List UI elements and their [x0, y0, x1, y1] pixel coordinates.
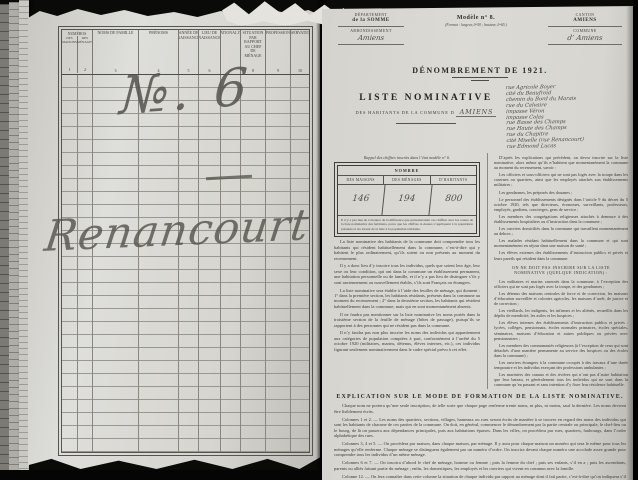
exclude-item: Les membres des communautés religieuses … — [494, 343, 628, 358]
include-item: Les membres des congrégations religieuse… — [494, 214, 628, 224]
instruction-paragraph: Il y a donc lieu d’y inscrire tous les i… — [334, 263, 480, 285]
rappel-value-habitants: 800 — [428, 185, 477, 215]
title-underline-small — [471, 80, 489, 81]
exclude-item: Les mariniers des canaux et des rivières… — [494, 372, 628, 387]
left-paragraphs: La liste nominative des habitants de la … — [332, 239, 482, 352]
canton-value: AMIENS — [542, 18, 628, 24]
explication-paragraphs: Chaque nom ne portera qu’une seule inscr… — [332, 403, 628, 480]
include-item: Les malades résidant habituellement dans… — [494, 238, 628, 248]
photo-background-bottom — [0, 470, 322, 480]
exclude-item: Les militaires et marins casernés dans l… — [494, 279, 628, 289]
rappel-nombre-header: NOMBRE — [338, 166, 476, 176]
rappel-table: NOMBRE DES MAISONS DES MÉNAGES D’HABITAN… — [334, 162, 480, 237]
liste-nominative-block: LISTE NOMINATIVE DES HABITANTS DE LA COM… — [332, 85, 506, 150]
exclude-list: Les militaires et marins casernés dans l… — [494, 279, 628, 388]
table-body-grid — [62, 75, 309, 452]
include-item: Les élèves externes des établissements d… — [494, 250, 628, 260]
header-col-profession: PROFESSION 9 — [265, 30, 290, 74]
handwritten-folio-number: №. 6 — [118, 57, 253, 127]
page-title: DÉNOMBREMENT DE 1921. — [332, 66, 628, 75]
commune-value-handwritten: d’ Amiens — [541, 34, 628, 42]
body-col — [62, 75, 77, 452]
rule — [338, 44, 404, 45]
header-group-numeros: NUMÉROS des maisons 1 des ménages 2 — [62, 30, 92, 74]
header-canton-block: CANTON AMIENS COMMUNE d’ Amiens — [542, 13, 628, 47]
rappel-col-habitants: D’HABITANTS — [430, 176, 476, 184]
body-col — [138, 75, 178, 452]
exclude-item: Les vieillards, les indigents, les infir… — [494, 308, 628, 318]
explication-paragraph: Colonnes 6 et 7. — On inscrira d’abord l… — [334, 460, 626, 471]
page-edge-strip — [9, 2, 19, 476]
format-note: (Format : largeur, 0ᵐ50 ; hauteur, 0ᵐ65.… — [410, 23, 542, 27]
instruction-paragraph: Il n’y faudra pas non plus inscrire les … — [334, 330, 480, 352]
header-col-maisons: des maisons 1 — [62, 36, 77, 73]
body-col — [240, 75, 265, 452]
exclude-item: Les détenus des maisons centrales de for… — [494, 291, 628, 306]
rappel-col-menages: DES MÉNAGES — [383, 176, 429, 184]
rule — [548, 44, 622, 45]
instructions-left-column: Rappel des chiffres inscrits dans l’état… — [332, 153, 482, 389]
rappel-caption: Rappel des chiffres inscrits dans l’état… — [336, 155, 478, 160]
page-edge-strip — [0, 4, 9, 474]
exclude-item: Les ouvriers étrangers à la commune occu… — [494, 360, 628, 370]
include-item: Le personnel des établissements désignés… — [494, 197, 628, 212]
rappel-value-maisons: 146 — [336, 185, 384, 215]
explication-paragraph: Chaque nom ne portera qu’une seule inscr… — [334, 403, 626, 414]
include-item: Les ouvriers domiciliés dans la commune … — [494, 226, 628, 236]
liste-nominative-title: LISTE NOMINATIVE — [346, 93, 506, 103]
header-model-block: Modèle n° 8. (Format : largeur, 0ᵐ50 ; h… — [410, 13, 542, 27]
underlying-page-edges — [0, 0, 30, 480]
explication-heading: EXPLICATION SUR LE MODE DE FORMATION DE … — [332, 394, 628, 400]
rappel-col-maisons: DES MAISONS — [338, 176, 383, 184]
rappel-value-menages: 194 — [382, 185, 431, 215]
handwritten-street-list: rue Agricole Boyercité du Beaufroidchemi… — [505, 84, 628, 151]
exclude-heading: On ne doit pas inscrire sur la liste nom… — [496, 265, 626, 275]
instructions-right-column: D’après les explications qui précèdent, … — [487, 153, 628, 389]
right-intro-paragraph: D’après les explications qui précèdent, … — [494, 155, 628, 170]
body-col — [77, 75, 92, 452]
body-col — [178, 75, 198, 452]
left-page: NUMÉROS des maisons 1 des ménages 2 — [28, 6, 320, 469]
page-edge-strip — [19, 0, 29, 478]
departement-value: de la SOMME — [332, 18, 410, 24]
include-list: Les officiers et sous-officiers qui ne s… — [494, 172, 628, 260]
body-col — [92, 75, 138, 452]
scanned-census-photo: NUMÉROS des maisons 1 des ménages 2 — [0, 0, 638, 480]
instruction-paragraph: Il ne faudra pas mentionner sur la liste… — [334, 312, 480, 328]
explication-paragraph: Colonne 12. — On fera connaître dans cet… — [334, 474, 626, 480]
commune-fill-handwritten: Amiens — [456, 108, 496, 117]
title-underline — [452, 77, 508, 78]
photo-background-edge — [633, 0, 638, 480]
right-page: DÉPARTEMENT de la SOMME ARRONDISSEMENT A… — [322, 6, 638, 480]
arrondissement-value-handwritten: Amiens — [331, 34, 410, 42]
instruction-paragraph: La liste nominative des habitants de la … — [334, 239, 480, 261]
body-col — [198, 75, 220, 452]
include-item: Les officiers et sous-officiers qui ne s… — [494, 172, 628, 187]
explication-section: EXPLICATION SUR LE MODE DE FORMATION DE … — [332, 394, 628, 480]
exclude-item: Les élèves internes des établissements d… — [494, 320, 628, 340]
liste-nominative-subtitle: DES HABITANTS DE LA COMMUNE D Amiens — [346, 108, 506, 117]
body-col — [290, 75, 309, 452]
explication-paragraph: Colonnes 3, 4 et 5. — On procédera par m… — [334, 441, 626, 458]
street-entry: rue Edmond Lucas — [506, 143, 629, 151]
subtitle-rule — [396, 123, 456, 124]
header-col-observations: OBSERVATIONS 10 — [290, 30, 309, 74]
rule — [548, 26, 622, 27]
form-header: DÉPARTEMENT de la SOMME ARRONDISSEMENT A… — [332, 13, 628, 63]
explication-paragraph: Colonnes 1 et 2. — Les noms des quartier… — [334, 417, 626, 439]
model-number: Modèle n° 8. — [410, 15, 542, 21]
body-col — [265, 75, 290, 452]
header-departement-block: DÉPARTEMENT de la SOMME ARRONDISSEMENT A… — [332, 13, 410, 47]
include-item: Les gendarmes, les préposés des douanes … — [494, 190, 628, 195]
rappel-footnote: Il n’y a pas lieu de s’étonner de la dif… — [338, 215, 476, 233]
instruction-paragraph: La liste nominative sera établie à l’aid… — [334, 288, 480, 310]
body-col — [220, 75, 240, 452]
rule — [338, 26, 404, 27]
header-col-menages: des ménages 2 — [77, 36, 92, 73]
